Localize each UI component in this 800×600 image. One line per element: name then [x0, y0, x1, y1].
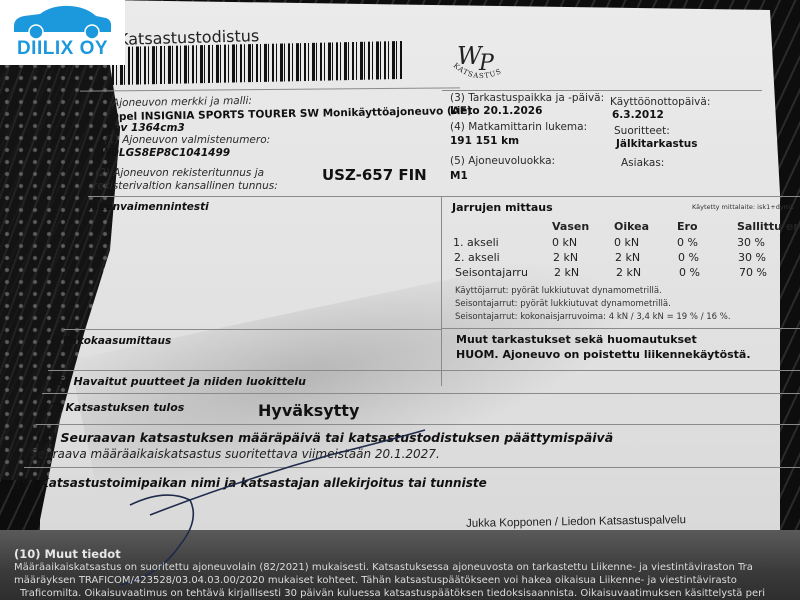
car-icon: [10, 4, 115, 40]
other-info-line: määräyksen TRAFICOM/423528/03.04.03.00/2…: [14, 575, 737, 586]
other-info-line: Traficomilta. Oikaisuvaatimus on tehtävä…: [20, 588, 765, 599]
other-info-line: Määräaikaiskatsastus on suoritettu ajone…: [14, 562, 753, 573]
brand-name: DIILIX OY: [0, 38, 125, 60]
other-info-label: (10) Muut tiedot: [14, 547, 121, 561]
handwritten-signature: [0, 0, 800, 600]
diilix-watermark: DIILIX OY: [0, 0, 125, 65]
